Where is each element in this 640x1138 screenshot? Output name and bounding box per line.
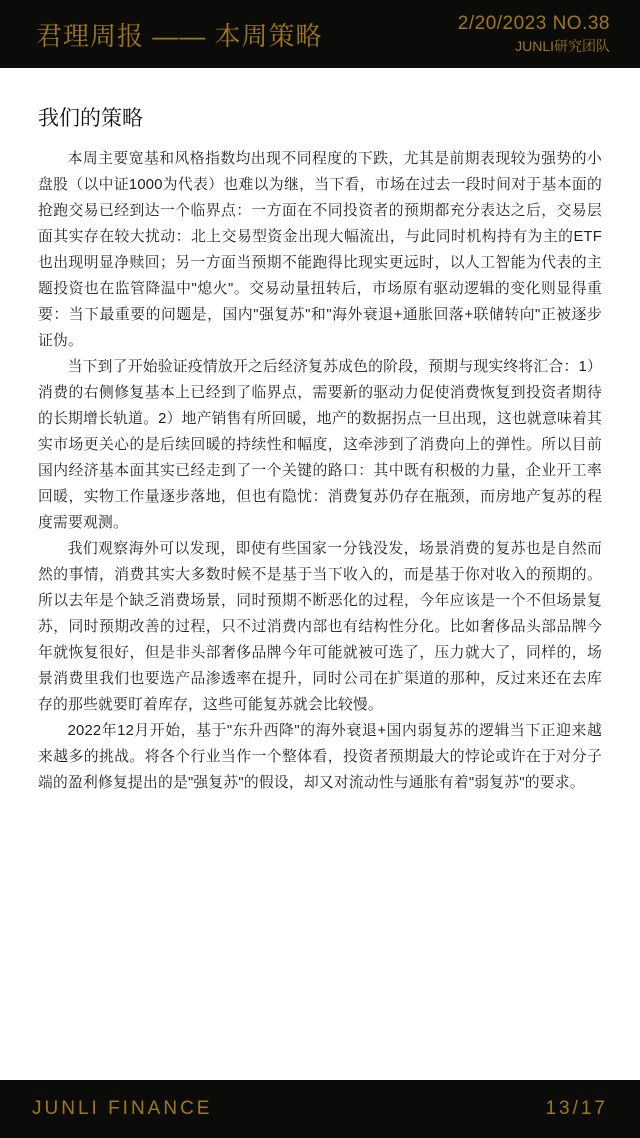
report-header: 君理周报 —— 本周策略 2/20/2023 NO.38 JUNLI研究团队	[0, 0, 640, 68]
paragraph: 当下到了开始验证疫情放开之后经济复苏成色的阶段，预期与现实终将汇合：1）消费的右…	[38, 354, 602, 536]
report-page: 君理周报 —— 本周策略 2/20/2023 NO.38 JUNLI研究团队 我…	[0, 0, 640, 1138]
paragraph: 2022年12月开始，基于"东升西降"的海外衰退+国内弱复苏的逻辑当下正迎来越来…	[38, 718, 602, 796]
paragraph: 本周主要宽基和风格指数均出现不同程度的下跌，尤其是前期表现较为强势的小盘股（以中…	[38, 146, 602, 354]
header-team: JUNLI研究团队	[458, 38, 610, 56]
section-title: 我们的策略	[38, 102, 602, 132]
report-footer: JUNLI FINANCE 13/17	[0, 1080, 640, 1138]
paragraphs: 本周主要宽基和风格指数均出现不同程度的下跌，尤其是前期表现较为强势的小盘股（以中…	[38, 146, 602, 796]
footer-brand: JUNLI FINANCE	[32, 1098, 212, 1120]
header-title: 君理周报 —— 本周策略	[36, 16, 322, 53]
footer-page-number: 13/17	[545, 1098, 608, 1120]
report-body: 我们的策略 本周主要宽基和风格指数均出现不同程度的下跌，尤其是前期表现较为强势的…	[0, 68, 640, 1080]
header-date-issue: 2/20/2023 NO.38	[458, 12, 610, 36]
paragraph: 我们观察海外可以发现，即使有些国家一分钱没发，场景消费的复苏也是自然而然的事情，…	[38, 536, 602, 718]
header-meta: 2/20/2023 NO.38 JUNLI研究团队	[458, 12, 610, 55]
